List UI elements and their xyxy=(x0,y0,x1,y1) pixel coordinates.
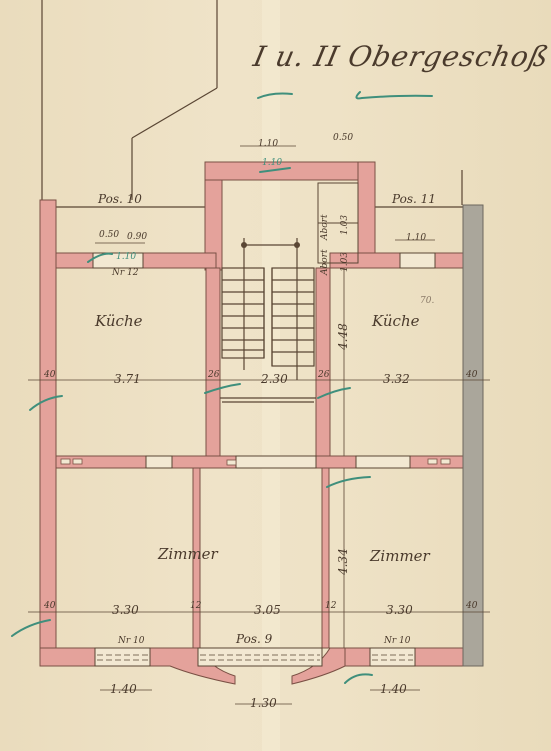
dim-stair-width: 2.30 xyxy=(261,372,288,386)
dim-window-bottom-right: 1.40 xyxy=(380,682,407,696)
dim-right-window: 1.10 xyxy=(406,233,426,243)
dim-room-center-width: 3.05 xyxy=(254,603,281,617)
label-abort-2: Abort xyxy=(320,249,330,275)
label-nr-10-left: Nr 10 xyxy=(118,636,145,646)
dim-wall-lower-right: 40 xyxy=(466,601,477,611)
dim-wall-lower-left: 40 xyxy=(44,601,55,611)
dim-room-left-width: 3.30 xyxy=(112,603,139,617)
dim-wall-mid-right: 26 xyxy=(318,370,329,380)
dim-kitchen-height: 4.48 xyxy=(336,323,350,350)
dim-wall-lower-mid1: 12 xyxy=(190,601,201,611)
dim-left-window-a: 0.50 xyxy=(99,230,119,240)
neighbor-wall xyxy=(463,205,483,666)
dim-left-window-green: 1.10 xyxy=(116,252,136,262)
drawing-title: I u. II Obergeschoß xyxy=(250,40,551,73)
room-label-room-left: Zimmer xyxy=(158,545,218,563)
dim-left-window-b: 0.90 xyxy=(127,232,147,242)
dim-top-stair: 1.10 xyxy=(258,139,278,149)
dim-wall-lower-mid2: 12 xyxy=(325,601,336,611)
label-note-70: 70. xyxy=(420,296,434,306)
label-pos-10: Pos. 10 xyxy=(98,192,142,206)
label-nr-12: Nr 12 xyxy=(112,268,139,278)
dim-top-chimney: 0.50 xyxy=(333,133,353,143)
label-nr-10-right: Nr 10 xyxy=(384,636,411,646)
room-label-kitchen-right: Küche xyxy=(372,312,419,330)
dim-bay-window: 1.30 xyxy=(250,696,277,710)
dim-room-right-width: 3.30 xyxy=(386,603,413,617)
dim-abort-1: 1.03 xyxy=(340,215,350,235)
label-pos-9: Pos. 9 xyxy=(236,632,272,646)
dim-window-bottom-left: 1.40 xyxy=(110,682,137,696)
dim-top-stair-green: 1.10 xyxy=(262,158,282,168)
dim-kitchen-right-width: 3.32 xyxy=(383,372,410,386)
dim-wall-left: 40 xyxy=(44,370,55,380)
dim-abort-2: 1.03 xyxy=(340,252,350,272)
label-abort-1: Abort xyxy=(320,214,330,240)
label-pos-11: Pos. 11 xyxy=(392,192,436,206)
room-label-room-right: Zimmer xyxy=(370,547,430,565)
dim-room-height: 4.34 xyxy=(336,548,350,575)
dim-kitchen-left-width: 3.71 xyxy=(114,372,141,386)
dim-wall-mid-left: 26 xyxy=(208,370,219,380)
dim-wall-right: 40 xyxy=(466,370,477,380)
room-label-kitchen-left: Küche xyxy=(95,312,142,330)
